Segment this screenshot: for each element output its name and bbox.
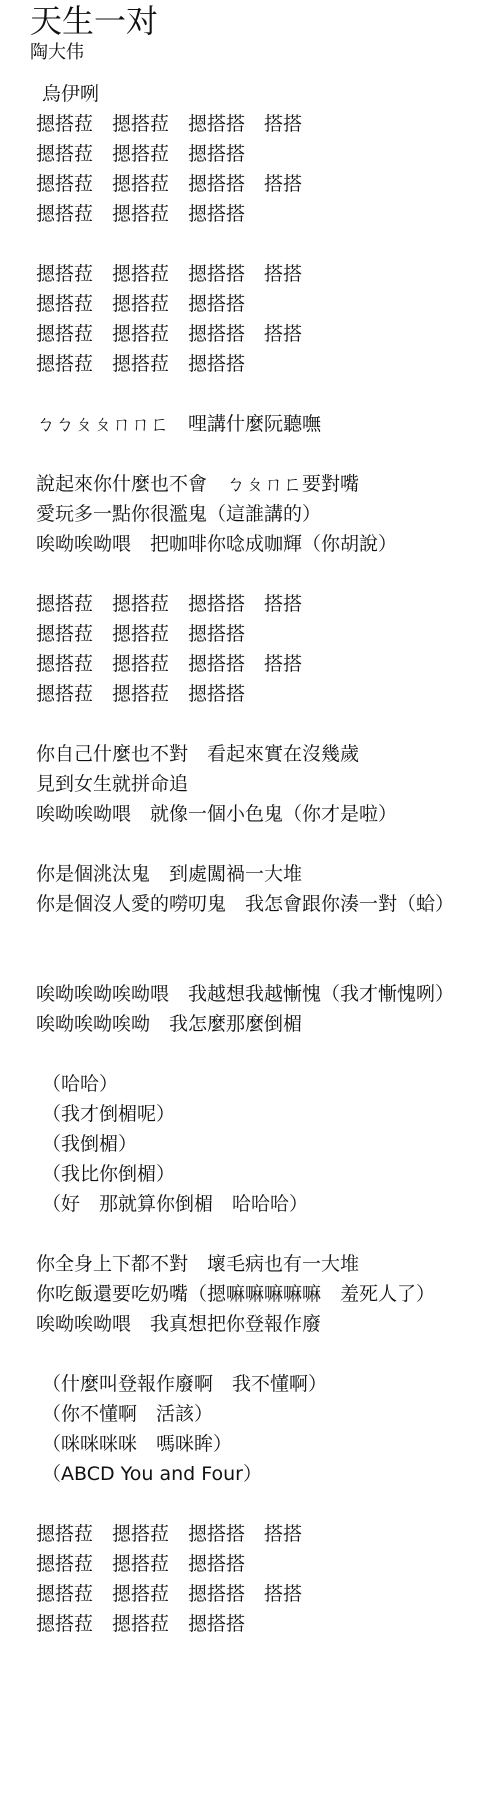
lyric-line: 摁搭菈 摁搭菈 摁搭搭	[36, 349, 500, 379]
lyric-line: 摁搭菈 摁搭菈 摁搭搭	[36, 619, 500, 649]
lyric-line: 摁搭菈 摁搭菈 摁搭搭 搭搭	[36, 1519, 500, 1549]
lyric-line: 說起來你什麼也不會 ㄅㄆㄇㄈ要對嘴	[36, 469, 500, 499]
lyric-blank-line	[36, 709, 500, 739]
lyric-blank-line	[36, 559, 500, 589]
lyric-line: 摁搭菈 摁搭菈 摁搭搭 搭搭	[36, 589, 500, 619]
lyric-line: 你是個沒人愛的嘮叨鬼 我怎會跟你湊一對（蛤）	[36, 889, 500, 919]
lyric-line: 摁搭菈 摁搭菈 摁搭搭	[36, 139, 500, 169]
lyric-blank-line	[36, 949, 500, 979]
lyric-line: （ABCD You and Four）	[36, 1459, 500, 1489]
lyric-line: 唉呦唉呦喂 把咖啡你唸成咖輝（你胡說）	[36, 529, 500, 559]
lyric-line: 你自己什麼也不對 看起來實在沒幾歲	[36, 739, 500, 769]
lyric-blank-line	[36, 1219, 500, 1249]
lyric-blank-line	[36, 439, 500, 469]
lyric-blank-line	[36, 379, 500, 409]
lyrics-body: 烏伊咧摁搭菈 摁搭菈 摁搭搭 搭搭摁搭菈 摁搭菈 摁搭搭摁搭菈 摁搭菈 摁搭搭 …	[30, 79, 500, 1639]
lyric-line: 摁搭菈 摁搭菈 摁搭搭	[36, 199, 500, 229]
lyric-line: 摁搭菈 摁搭菈 摁搭搭 搭搭	[36, 319, 500, 349]
lyric-line: 摁搭菈 摁搭菈 摁搭搭 搭搭	[36, 649, 500, 679]
lyric-line: （哈哈）	[36, 1069, 500, 1099]
lyric-line: 摁搭菈 摁搭菈 摁搭搭 搭搭	[36, 169, 500, 199]
song-artist: 陶大伟	[30, 40, 500, 66]
lyric-line: （我比你倒楣）	[36, 1159, 500, 1189]
lyric-line: 你吃飯還要吃奶嘴（摁嘛嘛嘛嘛嘛 羞死人了）	[36, 1279, 500, 1309]
lyric-line: （我倒楣）	[36, 1129, 500, 1159]
lyric-blank-line	[36, 229, 500, 259]
lyric-line: 摁搭菈 摁搭菈 摁搭搭 搭搭	[36, 109, 500, 139]
lyric-line: 摁搭菈 摁搭菈 摁搭搭 搭搭	[36, 1579, 500, 1609]
lyric-line: 摁搭菈 摁搭菈 摁搭搭	[36, 679, 500, 709]
lyric-line: 烏伊咧	[36, 79, 500, 109]
lyric-line: （什麼叫登報作廢啊 我不懂啊）	[36, 1369, 500, 1399]
song-title: 天生一对	[30, 0, 500, 40]
lyric-blank-line	[36, 1489, 500, 1519]
lyric-line: ㄅㄅㄆㄆㄇㄇㄈ 哩講什麼阮聽嘸	[36, 409, 500, 439]
lyric-line: （咪咪咪咪 嗎咪眸）	[36, 1429, 500, 1459]
lyrics-page: 天生一对 陶大伟 烏伊咧摁搭菈 摁搭菈 摁搭搭 搭搭摁搭菈 摁搭菈 摁搭搭摁搭菈…	[0, 0, 500, 1639]
lyric-line: 唉呦唉呦喂 就像一個小色鬼（你才是啦）	[36, 799, 500, 829]
lyric-line: 摁搭菈 摁搭菈 摁搭搭	[36, 1609, 500, 1639]
lyric-line: 唉呦唉呦喂 我真想把你登報作廢	[36, 1309, 500, 1339]
lyric-line: 唉呦唉呦唉呦喂 我越想我越慚愧（我才慚愧咧）	[36, 979, 500, 1009]
lyric-blank-line	[36, 1339, 500, 1369]
lyric-line: 你全身上下都不對 壞毛病也有一大堆	[36, 1249, 500, 1279]
lyric-line: 唉呦唉呦唉呦 我怎麼那麼倒楣	[36, 1009, 500, 1039]
lyric-line: （我才倒楣呢）	[36, 1099, 500, 1129]
lyric-line: 摁搭菈 摁搭菈 摁搭搭 搭搭	[36, 259, 500, 289]
lyric-line: 見到女生就拼命追	[36, 769, 500, 799]
lyric-line: 你是個洮汰鬼 到處闖禍一大堆	[36, 859, 500, 889]
lyric-line: （你不懂啊 活該）	[36, 1399, 500, 1429]
lyric-line: 摁搭菈 摁搭菈 摁搭搭	[36, 1549, 500, 1579]
lyric-blank-line	[36, 919, 500, 949]
lyric-line: （好 那就算你倒楣 哈哈哈）	[36, 1189, 500, 1219]
lyric-blank-line	[36, 829, 500, 859]
lyric-blank-line	[36, 1039, 500, 1069]
lyric-line: 愛玩多一點你很濫鬼（這誰講的）	[36, 499, 500, 529]
lyric-line: 摁搭菈 摁搭菈 摁搭搭	[36, 289, 500, 319]
